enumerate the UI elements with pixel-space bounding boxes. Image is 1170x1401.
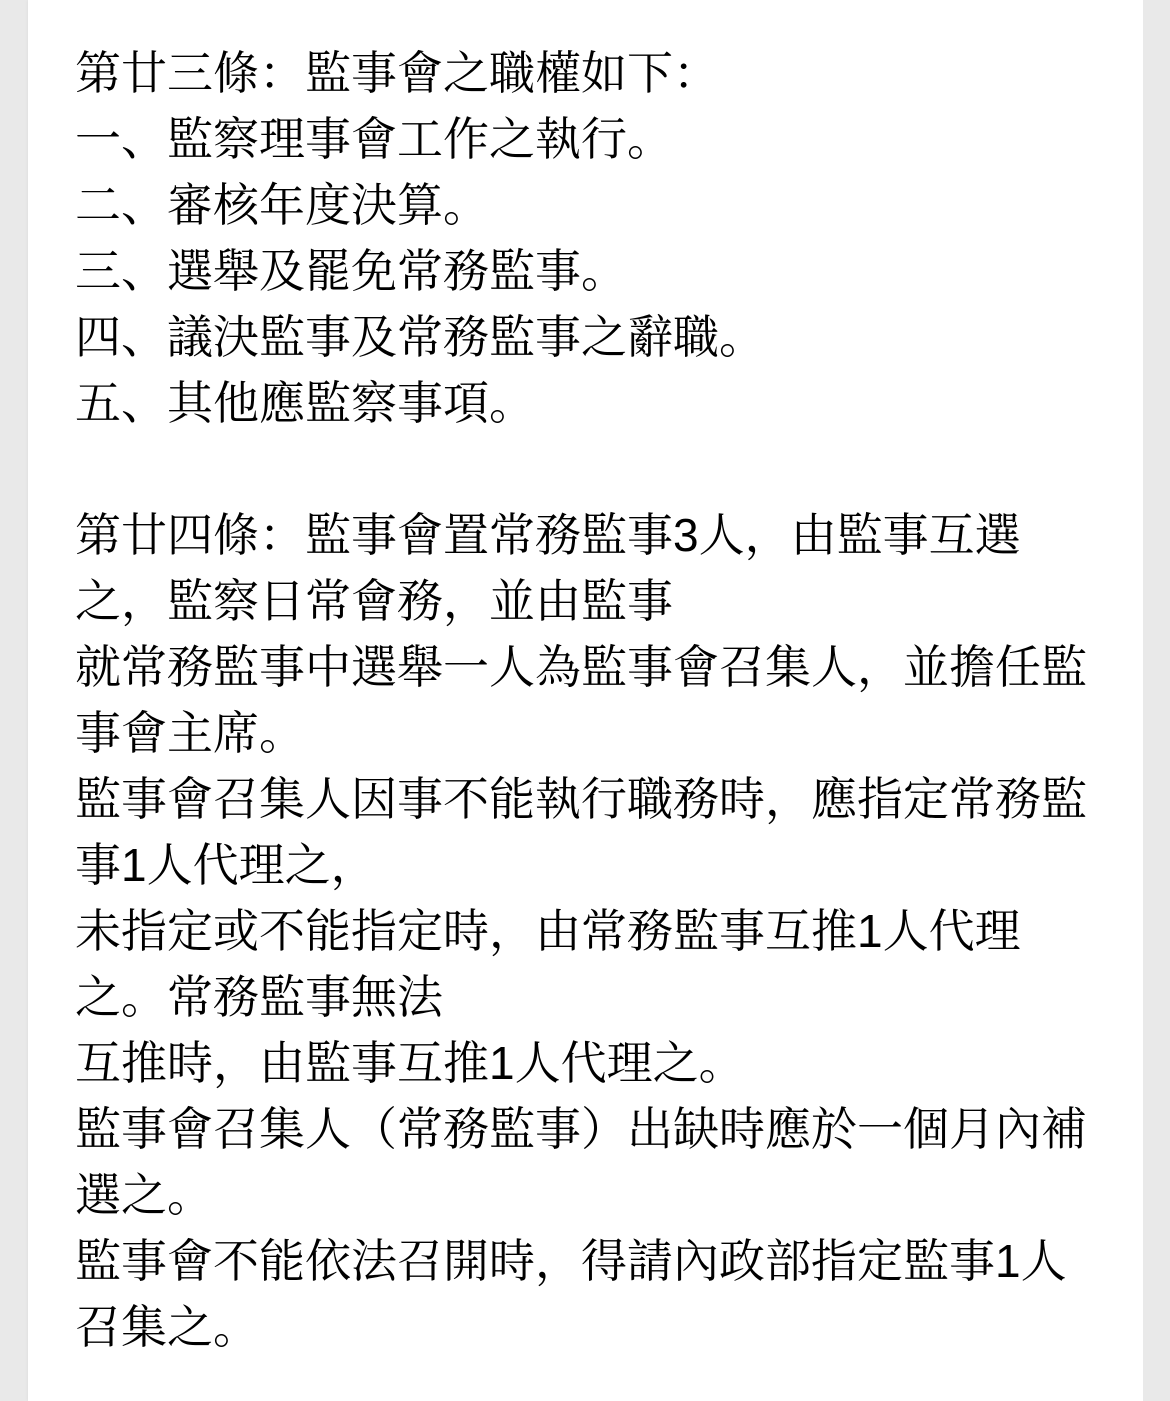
text-line: 互推時，由監事互推1人代理之。 [75,1030,1115,1096]
document-viewport: 第廿三條：監事會之職權如下： 一、監察理事會工作之執行。 二、審核年度決算。 三… [0,0,1170,1401]
text-line: 第廿三條：監事會之職權如下： [75,40,1115,106]
text-line: 之。常務監事無法 [75,964,1115,1030]
text-line: 監事會召集人因事不能執行職務時，應指定常務監 [75,766,1115,832]
text-line: 二、審核年度決算。 [75,172,1115,238]
text-line: 事1人代理之， [75,832,1115,898]
text-line: 未指定或不能指定時，由常務監事互推1人代理 [75,898,1115,964]
text-line: 三、選舉及罷免常務監事。 [75,238,1115,304]
article-23: 第廿三條：監事會之職權如下： 一、監察理事會工作之執行。 二、審核年度決算。 三… [75,40,1115,436]
text-line: 監事會召集人（常務監事）出缺時應於一個月內補 [75,1096,1115,1162]
text-line: 就常務監事中選舉一人為監事會召集人，並擔任監 [75,634,1115,700]
text-line: 第廿四條：監事會置常務監事3人，由監事互選 [75,502,1115,568]
article-24: 第廿四條：監事會置常務監事3人，由監事互選 之，監察日常會務，並由監事 就常務監… [75,502,1115,1360]
right-gutter [1143,0,1170,1401]
text-line: 之，監察日常會務，並由監事 [75,568,1115,634]
text-line: 事會主席。 [75,700,1115,766]
document-content: 第廿三條：監事會之職權如下： 一、監察理事會工作之執行。 二、審核年度決算。 三… [28,0,1143,1360]
text-line: 監事會不能依法召開時，得請內政部指定監事1人 [75,1228,1115,1294]
document-page: 第廿三條：監事會之職權如下： 一、監察理事會工作之執行。 二、審核年度決算。 三… [28,0,1143,1401]
text-line: 一、監察理事會工作之執行。 [75,106,1115,172]
text-line: 召集之。 [75,1294,1115,1360]
text-line: 四、議決監事及常務監事之辭職。 [75,304,1115,370]
left-gutter [0,0,28,1401]
text-line: 選之。 [75,1162,1115,1228]
text-line: 五、其他應監察事項。 [75,370,1115,436]
